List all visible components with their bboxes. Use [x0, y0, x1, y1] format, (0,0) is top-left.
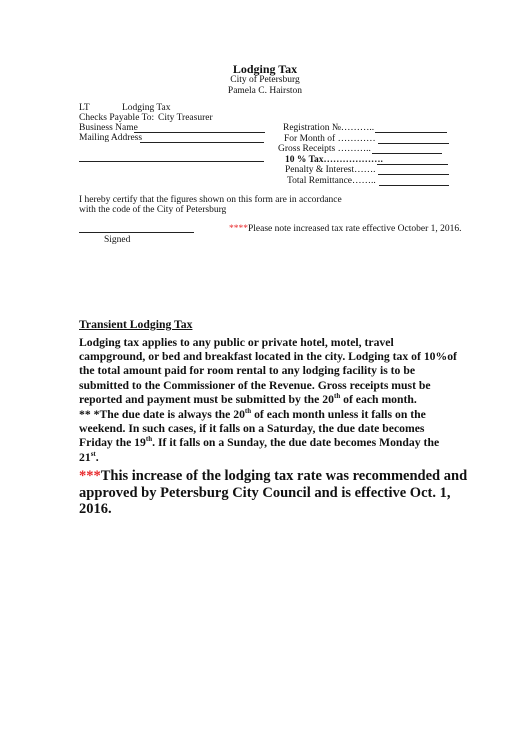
mailing-address-underline [140, 142, 264, 143]
address-line2-underline [79, 161, 264, 162]
remittance-field-input[interactable] [378, 133, 449, 143]
paragraph-text: . [96, 451, 99, 464]
remittance-field-label: Registration №……….. [283, 123, 374, 134]
official-name: Pamela C. Hairston [0, 86, 530, 96]
notice-text: This increase of the lodging tax rate wa… [79, 468, 467, 517]
section-heading: Transient Lodging Tax [79, 318, 192, 331]
address-line2-field[interactable] [79, 150, 263, 161]
remittance-field-input[interactable] [378, 164, 449, 174]
rate-notice: ****Please note increased tax rate effec… [229, 224, 461, 235]
remittance-field-label: 10 % Tax………………. [285, 155, 383, 166]
notice-text: Please note increased tax rate effective… [248, 224, 461, 234]
remittance-field-label: For Month of ………… [284, 134, 376, 145]
remittance-field-input[interactable] [379, 175, 449, 185]
remittance-field-label: Total Remittance…….. [287, 176, 376, 187]
lodging-tax-paragraph: Lodging tax applies to any public or pri… [79, 336, 459, 407]
notice-stars: **** [229, 224, 248, 234]
remittance-field-input[interactable] [377, 154, 448, 164]
signed-label: Signed [104, 235, 130, 246]
city-name: City of Petersburg [0, 75, 530, 85]
remittance-field-label: Penalty & Interest……. [285, 165, 376, 176]
remittance-field-underline [379, 185, 449, 186]
remittance-field-input[interactable] [372, 143, 442, 153]
signature-field[interactable] [79, 221, 193, 232]
remittance-field-input[interactable] [375, 122, 447, 132]
mailing-address-field[interactable] [140, 131, 264, 142]
paragraph-text: of each month. [340, 393, 417, 406]
remittance-field-label: Gross Receipts ……….. [278, 144, 371, 155]
paragraph-text: ** *The due date is always the 20 [79, 408, 245, 421]
notice-stars: *** [79, 468, 101, 484]
signature-line [79, 232, 194, 233]
mailing-address-label: Mailing Address [79, 133, 142, 144]
council-approval-notice: ***This increase of the lodging tax rate… [79, 468, 479, 518]
certification-line-2: with the code of the City of Petersburg [79, 205, 226, 216]
due-date-paragraph: ** *The due date is always the 20th of e… [79, 408, 459, 465]
